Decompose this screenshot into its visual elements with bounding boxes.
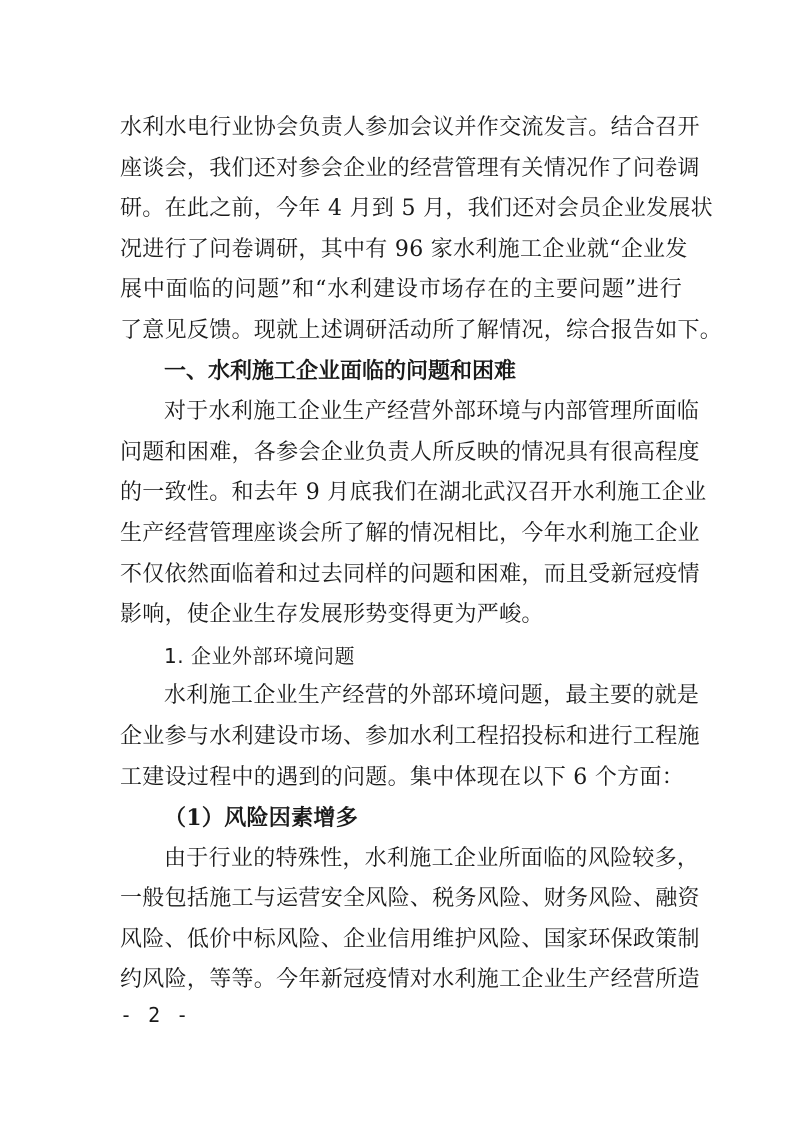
- subsection-heading: 1. 企业外部环境问题: [120, 636, 682, 677]
- section-heading: 一、水利施工企业面临的问题和困难: [120, 352, 682, 393]
- paragraph-intro: 水利水电行业协会负责人参加会议并作交流发言。结合召开 座谈会，我们还对参会企业的…: [120, 108, 682, 352]
- paragraph-subsection1: 水利施工企业生产经营的外部环境问题，最主要的就是 企业参与水利建设市场、参加水利…: [120, 676, 682, 798]
- paragraph-section1: 对于水利施工企业生产经营外部环境与内部管理所面临 问题和困难，各参会企业负责人所…: [120, 392, 682, 636]
- item-heading: （1）风险因素增多: [120, 798, 682, 839]
- text-line: 对于水利施工企业生产经营外部环境与内部管理所面临: [120, 392, 682, 433]
- text-line: 了意见反馈。现就上述调研活动所了解情况，综合报告如下。: [120, 311, 682, 352]
- text-line: 工建设过程中的遇到的问题。集中体现在以下 6 个方面：: [120, 758, 682, 799]
- text-line: 一般包括施工与运营安全风险、税务风险、财务风险、融资: [120, 879, 682, 920]
- text-line: 不仅依然面临着和过去同样的问题和困难，而且受新冠疫情: [120, 555, 682, 596]
- text-line: 约风险，等等。今年新冠疫情对水利施工企业生产经营所造: [120, 960, 682, 1001]
- text-line: 生产经营管理座谈会所了解的情况相比，今年水利施工企业: [120, 514, 682, 555]
- text-line: 的一致性。和去年 9 月底我们在湖北武汉召开水利施工企业: [120, 473, 682, 514]
- paragraph-item1: 由于行业的特殊性，水利施工企业所面临的风险较多， 一般包括施工与运营安全风险、税…: [120, 839, 682, 1001]
- document-page: 水利水电行业协会负责人参加会议并作交流发言。结合召开 座谈会，我们还对参会企业的…: [120, 108, 682, 1001]
- text-line: 影响，使企业生存发展形势变得更为严峻。: [120, 595, 682, 636]
- page-number: - 2 -: [120, 1003, 190, 1027]
- text-line: 问题和困难，各参会企业负责人所反映的情况具有很高程度: [120, 433, 682, 474]
- text-line: 座谈会，我们还对参会企业的经营管理有关情况作了问卷调: [120, 149, 682, 190]
- text-line: 风险、低价中标风险、企业信用维护风险、国家环保政策制: [120, 920, 682, 961]
- text-line: 由于行业的特殊性，水利施工企业所面临的风险较多，: [120, 839, 682, 880]
- text-line: 研。在此之前，今年 4 月到 5 月，我们还对会员企业发展状: [120, 189, 682, 230]
- text-line: 水利施工企业生产经营的外部环境问题，最主要的就是: [120, 676, 682, 717]
- text-line: 况进行了问卷调研，其中有 96 家水利施工企业就“企业发: [120, 230, 682, 271]
- text-line: 展中面临的问题”和“水利建设市场存在的主要问题”进行: [120, 270, 682, 311]
- text-line: 水利水电行业协会负责人参加会议并作交流发言。结合召开: [120, 108, 682, 149]
- text-line: 企业参与水利建设市场、参加水利工程招投标和进行工程施: [120, 717, 682, 758]
